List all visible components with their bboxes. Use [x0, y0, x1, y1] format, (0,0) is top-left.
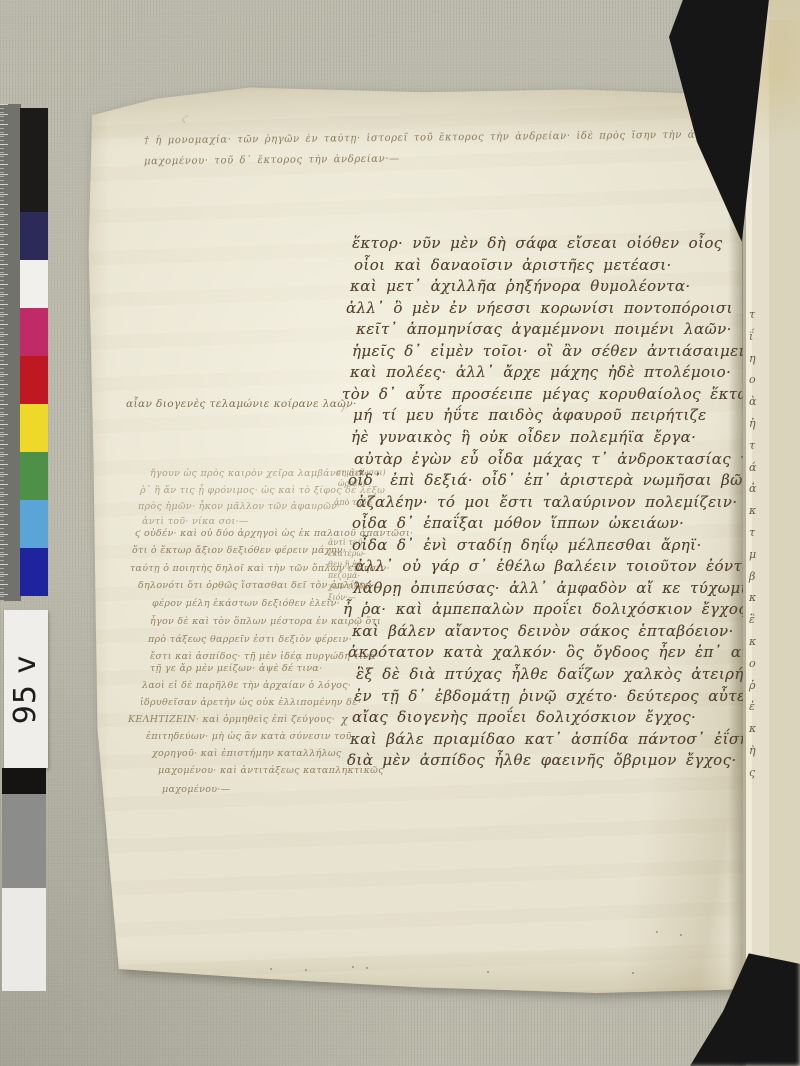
scholion-line: πρὸς ἡμῶν· ἧκον μᾶλλον τῶν ἀφαυρῶν· [138, 501, 341, 512]
scholion-line: ἱδρυθεῖσαν ἀρετὴν ὡς οὐκ ἐλλιπομένην δέ· [140, 697, 361, 708]
scholion-side-line: ὡραῖον [338, 479, 367, 488]
calibration-patch-white [20, 260, 48, 308]
edge-letter: ῥ [749, 679, 755, 692]
scholion-line: πρὸ τάξεως θαρρεῖν ἐστι δεξιὸν φέρειν· [148, 634, 352, 645]
ink-speck [680, 934, 682, 936]
calibration-patch-green [20, 452, 48, 500]
main-text-line: ἕκτορ· νῦν μὲν δὴ σάφα εἴσεαι οἰόθεν οἶο… [352, 234, 723, 252]
inner-note-line: πεζομά- [328, 571, 360, 580]
calibration-patch-yellow [20, 404, 48, 452]
verso-page: † ἡ μονομαχία· τῶν ῥηγῶν ἐν ταύτῃ· ἱστορ… [76, 84, 744, 1004]
main-text-line: ἓξ δὲ διὰ πτύχας ἦλθε δαΐζων χαλκὸς ἀτει… [356, 665, 758, 683]
calibration-lower-patch-white [2, 888, 46, 991]
main-text-line: μή τί μευ ἠΰτε παιδὸς ἀφαυροῦ πειρήτιζε [353, 406, 707, 424]
main-text-line: ἦ ῥα· καὶ ἀμπεπαλὼν προΐει δολιχόσκιον ἔ… [343, 600, 752, 618]
margin-addition-line: αἶαν διογενὲς τελαμώνιε κοίρανε λαῶν· [126, 398, 357, 410]
folio-label: 95 v [4, 610, 48, 768]
edge-letter: μ [749, 548, 756, 561]
edge-letter: ἀ [749, 482, 756, 495]
main-text-line: ἀλλ᾽ οὐ γάρ σ᾽ ἐθέλω βαλέειν τοιοῦτον ἐό… [355, 557, 753, 575]
edge-letter: η [749, 352, 756, 365]
ink-speck [352, 966, 354, 968]
ink-speck [270, 968, 272, 970]
scholion-line: ἦγον δὲ καὶ τὸν ὅπλων μέστορα ἐν καιρῷ ὅ… [150, 616, 381, 627]
main-text-line: οἷοι καὶ δαναοῖσιν ἀριστῆες μετέασι· [354, 256, 672, 274]
edge-letter: ὰ [749, 395, 756, 408]
scholion-line: ΚΕΛΗΤΙΖΕΙΝ· καὶ ὁρμηθεὶς ἐπὶ ζεύγους· [128, 714, 335, 725]
ink-speck [656, 931, 658, 933]
scholion-line: μαχομένου· καὶ ἀντιτάξεως καταπληκτικῶς [158, 765, 384, 776]
scholion-line: φέρον μέλη ἑκάστων δεξιόθεν ἑλεῖν· [152, 598, 340, 609]
ink-speck [487, 971, 489, 973]
insertion-mark: ∕· [342, 404, 347, 413]
inner-note-line: ἀντὶ τοῦ [328, 538, 362, 547]
edge-letter: ΐ [749, 330, 753, 343]
edge-letter: ς [749, 766, 755, 779]
scholion-line: ἔστι καὶ ἀσπίδος· τῇ μὲν ἰδέᾳ πυργώδη τι… [150, 651, 379, 662]
calibration-patch-light-blue [20, 500, 48, 548]
main-text-line: ἀλλ᾽ ὃ μὲν ἐν νήεσσι κορωνίσι ποντοπόροι… [346, 299, 733, 317]
scholion-line: ἀντὶ τοῦ· νίκα σοι·— [142, 516, 249, 527]
chi-annotation-mark: χ [341, 713, 348, 726]
calibration-patch-dark-blue [20, 548, 48, 596]
main-text-line: ἀζαλέην· τό μοι ἔστι ταλαύρινον πολεμίζε… [356, 493, 738, 511]
edge-letter: τ [749, 439, 755, 452]
main-text-line: ἡμεῖς δ᾽ εἰμὲν τοῖοι· οἳ ἂν σέθεν ἀντιάσ… [352, 342, 748, 360]
scholion-line: χορηγοῦ· καὶ ἐπιστήμην καταλλήλως [152, 748, 342, 759]
main-text-line: καὶ βάλε πριαμίδαο κατ᾽ ἀσπίδα πάντοσ᾽ ἐ… [350, 730, 764, 748]
edge-letter: τ [749, 308, 755, 321]
edge-letter: ο [749, 657, 756, 670]
edge-letter: κ [749, 591, 756, 604]
scholion-line: τῇ γε ἄρ μὲν μείζων· ἀψὲ δέ τινα· [150, 663, 322, 674]
edge-letter: κ [749, 635, 756, 648]
edge-letter: ὴ [749, 744, 756, 757]
inner-note-line: ἑκατέρω- [328, 549, 366, 558]
ruler-strip [0, 104, 21, 601]
main-text-line: αὐτὰρ ἐγὼν εὖ οἶδα μάχας τ᾽ ἀνδροκτασίας… [354, 450, 763, 468]
folio-label-text: 95 v [9, 654, 44, 723]
inner-note-line: θεν ἢ ἐκ [328, 560, 361, 569]
edge-letter: κ [749, 504, 756, 517]
ink-speck [366, 967, 368, 969]
edge-letter: ά [749, 461, 756, 474]
top-inscription-line-2: μαχομένου· τοῦ δ᾽ ἕκτορος τὴν ἀνδρείαν·— [144, 154, 400, 168]
scholion-line: ὅτι ὁ ἕκτωρ ἄξιον δεξιόθεν φέρειν μάχην· [132, 545, 346, 556]
ink-speck [305, 969, 307, 971]
edge-letter: β [749, 570, 755, 583]
recto-page-strip: τΐηοὰἡτάἀκτμβκἒκοῥἑκὴς [743, 0, 800, 1066]
main-text-line: τὸν δ᾽ αὖτε προσέειπε μέγας κορυθαίολος … [342, 385, 765, 403]
main-text-line: ἐν τῇ δ᾽ ἑβδομάτῃ ῥινῷ σχέτο· δεύτερος α… [354, 687, 745, 705]
main-text-line: αἴας διογενὴς προΐει δολιχόσκιον ἔγχος· [352, 708, 696, 726]
edge-letter: κ [749, 722, 756, 735]
inner-note-line: ξιόν·— [328, 593, 356, 602]
edge-letter: τ [749, 526, 755, 539]
edge-letter: ἒ [749, 613, 755, 626]
calibration-patch-magenta [20, 308, 48, 356]
pen-trial-mark: ϛ͂ [182, 114, 186, 125]
main-text-line: διὰ μὲν ἀσπίδος ἦλθε φαεινῆς ὄβριμον ἔγχ… [347, 751, 737, 769]
edge-letter: ο [749, 373, 756, 386]
scholion-side-line: ἀπὸ τοῦ ξ [334, 498, 373, 507]
main-text-line: λάθρῃ ὀπιπεύσας· ἀλλ᾽ ἀμφαδὸν αἴ κε τύχω… [353, 579, 752, 597]
calibration-patch-red [20, 356, 48, 404]
main-text-line: καὶ πολέες· ἀλλ᾽ ἄρχε μάχης ἠδὲ πτολέμοι… [350, 363, 731, 381]
edge-letter: ἑ [749, 700, 755, 713]
main-text-line: ἀκρότατον κατὰ χαλκόν· ὃς ὄγδοος ἦεν ἐπ᾽… [348, 643, 777, 661]
scholion-line: λαοὶ εἰ δὲ παρῆλθε τὴν ἀρχαίαν ὁ λόγος· [142, 680, 351, 691]
inner-note-line: χων τὸ δε- [328, 582, 370, 591]
scholion-line: μαχομένου·— [162, 784, 230, 795]
scholion-side-line: σημ(είωσαι) [336, 468, 386, 477]
main-text-line: ἠὲ γυναικὸς ἣ οὐκ οἶδεν πολεμήϊα ἔργα· [351, 428, 696, 446]
calibration-lower-patch-grey [2, 794, 46, 888]
main-text-line: καὶ μετ᾽ ἀχιλλῆα ῥηξήνορα θυμολέοντα· [350, 277, 691, 295]
ink-speck [632, 972, 634, 974]
scholion-line: ἐπιτηδεύων· μὴ ὡς ἂν κατὰ σύνεσιν τοῦ [146, 731, 352, 742]
main-text-line: οἶδ᾽ ἐπὶ δεξιά· οἶδ᾽ ἐπ᾽ ἀριστερὰ νωμῆσα… [348, 471, 752, 489]
calibration-patch-black [20, 108, 48, 212]
calibration-patch-dark-navy [20, 212, 48, 260]
scholion-line: ϛ οὐδέν· καὶ οὐ δύο ἀρχηγοὶ ὡς ἐκ παλαιο… [135, 528, 413, 539]
main-text-line: κεῖτ᾽ ἀπομηνίσας ἀγαμέμνονι ποιμένι λαῶν… [356, 320, 732, 338]
main-text-line: καὶ βάλεν αἴαντος δεινὸν σάκος ἑπταβόειο… [352, 622, 734, 640]
calibration-lower-patch-black [2, 768, 46, 794]
edge-letter: ἡ [749, 417, 756, 430]
